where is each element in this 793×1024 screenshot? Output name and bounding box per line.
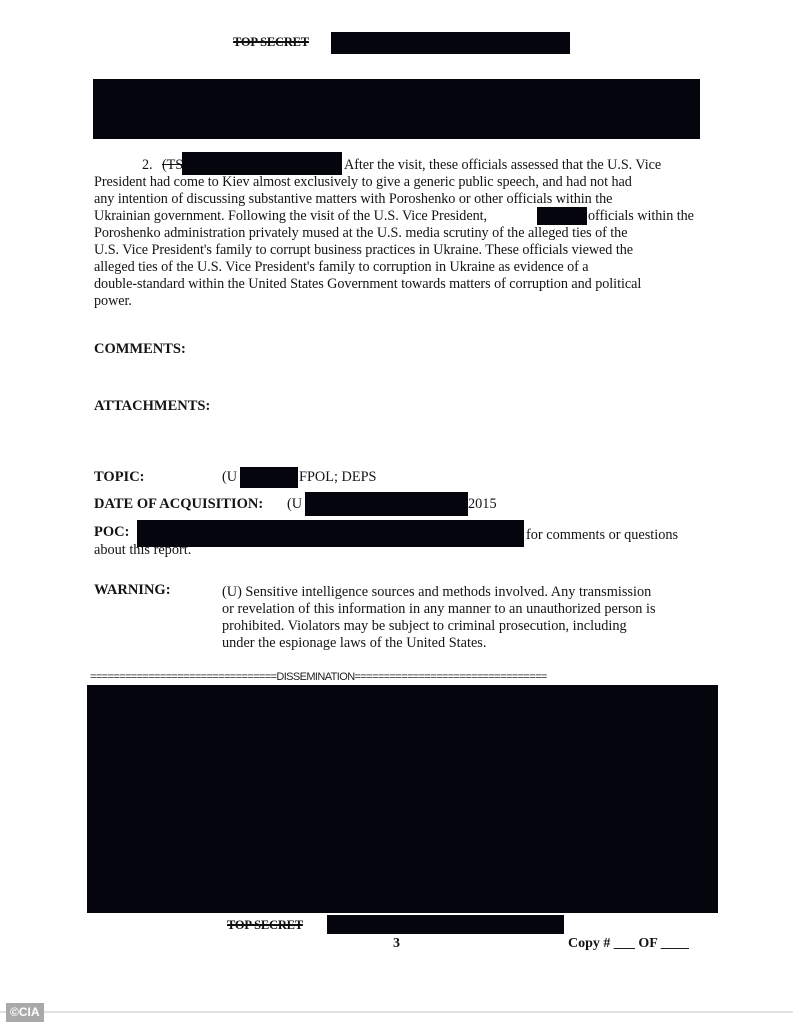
redaction-poc — [137, 520, 524, 547]
paragraph-line: President had come to Kiev almost exclus… — [94, 174, 632, 191]
topic-value: FPOL; DEPS — [299, 469, 376, 486]
redaction-paragraph-marking — [182, 152, 342, 175]
warning-label: WARNING: — [94, 582, 171, 599]
warning-line: prohibited. Violators may be subject to … — [222, 618, 627, 635]
copy-number: Copy # ___ OF ____ — [568, 936, 689, 952]
footer-classification: TOP SECRET — [227, 918, 303, 933]
image-credit: ©CIA — [6, 1003, 44, 1022]
comments-label: COMMENTS: — [94, 341, 186, 358]
page-number: 3 — [393, 936, 400, 952]
paragraph-number: 2. — [142, 157, 153, 174]
footer-divider — [0, 1011, 793, 1013]
paragraph-line: U.S. Vice President's family to corrupt … — [94, 242, 633, 259]
paragraph-line: alleged ties of the U.S. Vice President'… — [94, 259, 589, 276]
redaction-header-block — [93, 79, 700, 139]
poc-line-2: about this report. — [94, 542, 191, 559]
warning-line: under the espionage laws of the United S… — [222, 635, 486, 652]
redaction-footer-classification — [327, 915, 564, 934]
paragraph-marking: (TS — [162, 157, 183, 174]
paragraph-line: After the visit, these officials assesse… — [344, 157, 661, 174]
date-of-acquisition-label: DATE OF ACQUISITION: — [94, 496, 263, 513]
paragraph-line: officials within the — [588, 208, 694, 225]
redaction-header-classification — [331, 32, 570, 54]
attachments-label: ATTACHMENTS: — [94, 398, 210, 415]
redaction-date — [305, 492, 468, 516]
topic-label: TOPIC: — [94, 469, 145, 486]
topic-prefix: (U — [222, 469, 237, 486]
dissemination-divider: ================================DISSEMIN… — [90, 671, 547, 683]
poc-label: POC: — [94, 524, 129, 541]
warning-line: (U) Sensitive intelligence sources and m… — [222, 584, 651, 601]
date-prefix: (U — [287, 496, 302, 513]
redaction-topic — [240, 467, 298, 488]
paragraph-line: power. — [94, 293, 132, 310]
paragraph-line: any intention of discussing substantive … — [94, 191, 612, 208]
date-value: 2015 — [468, 496, 497, 513]
header-classification: TOP SECRET — [233, 35, 309, 50]
poc-suffix: for comments or questions — [526, 527, 678, 544]
paragraph-line: Ukrainian government. Following the visi… — [94, 208, 487, 225]
redaction-dissemination — [87, 685, 718, 913]
redaction-inline — [537, 207, 587, 225]
paragraph-line: double-standard within the United States… — [94, 276, 641, 293]
warning-line: or revelation of this information in any… — [222, 601, 656, 618]
paragraph-line: Poroshenko administration privately muse… — [94, 225, 627, 242]
